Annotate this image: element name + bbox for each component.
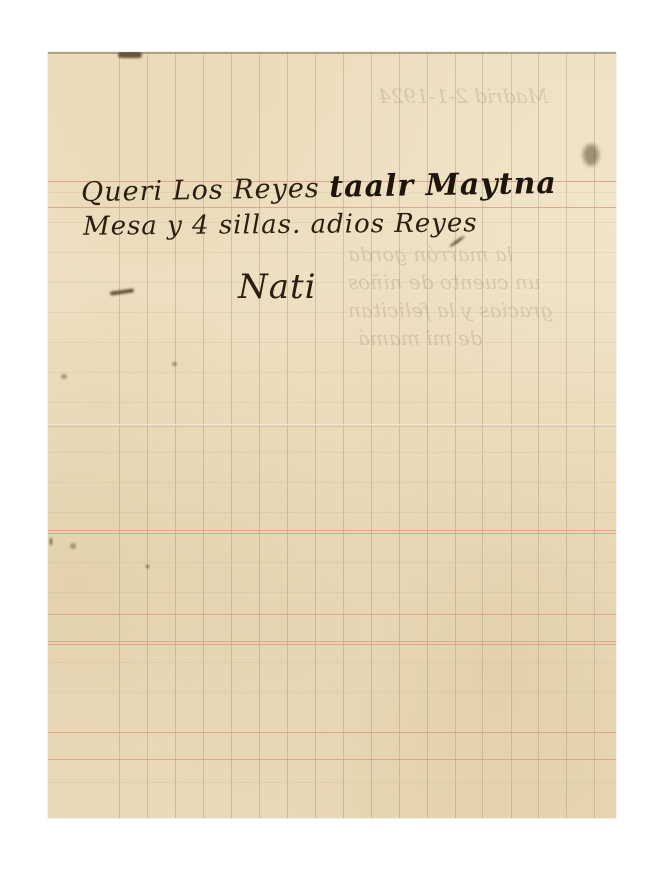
grey-rule [48, 562, 616, 563]
grey-rule [48, 372, 616, 373]
bleed-through-line: un cuento de niños [348, 270, 541, 294]
ledger-column-line [315, 52, 316, 818]
ink-speck [50, 538, 52, 545]
bleed-through-line: la marrón gorda [348, 242, 513, 266]
bleed-through-date: Madrid 2-1-1924 [378, 84, 548, 108]
red-rule [48, 614, 616, 615]
handwriting-line-1: Queri Los Reyes taalr Maytna [81, 166, 557, 209]
grey-rule [48, 782, 616, 783]
red-rule [48, 530, 616, 531]
paper-fold-crease [48, 424, 616, 427]
grey-rule [48, 452, 616, 453]
ledger-column-line [566, 52, 567, 818]
bleed-through-line: gracias y la felicitan [348, 298, 553, 322]
ink-speck [172, 362, 177, 366]
ledger-column-line [203, 52, 204, 818]
grey-rule [48, 512, 616, 513]
grey-rule [48, 342, 616, 343]
grey-rule [48, 662, 616, 663]
ledger-column-line [371, 52, 372, 818]
ink-stain [583, 144, 599, 166]
ledger-column-line [343, 52, 344, 818]
handwriting-line-2: Mesa y 4 sillas. adios Reyes [83, 208, 478, 241]
ledger-column-line [119, 52, 120, 818]
red-rule [48, 732, 616, 733]
ink-smudge [110, 288, 134, 295]
grey-rule [48, 252, 616, 253]
ink-blot [118, 52, 142, 58]
ledger-column-line [231, 52, 232, 818]
handwriting-text: Queri Los Reyes [81, 173, 320, 208]
grey-rule [48, 592, 616, 593]
red-rule [48, 644, 616, 645]
grey-rule [48, 482, 616, 483]
red-rule [48, 641, 616, 642]
ledger-column-line [427, 52, 428, 818]
letter-paper: Madrid 2-1-1924 la marrón gorda un cuent… [48, 52, 616, 818]
ink-speck [70, 543, 76, 549]
grey-rule [48, 692, 616, 693]
ledger-column-line [287, 52, 288, 818]
grey-rule [48, 402, 616, 403]
ledger-column-line [399, 52, 400, 818]
ink-speck [146, 565, 149, 568]
ink-speck [61, 374, 67, 379]
bleed-through-line: de mi mamá [358, 326, 483, 350]
ledger-column-line [594, 52, 595, 818]
ledger-column-line [259, 52, 260, 818]
red-rule [48, 759, 616, 760]
handwriting-overwrite: taalr Maytna [329, 166, 557, 205]
signature: Nati [238, 267, 317, 307]
red-rule [48, 533, 616, 534]
ledger-column-line [175, 52, 176, 818]
ledger-column-line [147, 52, 148, 818]
